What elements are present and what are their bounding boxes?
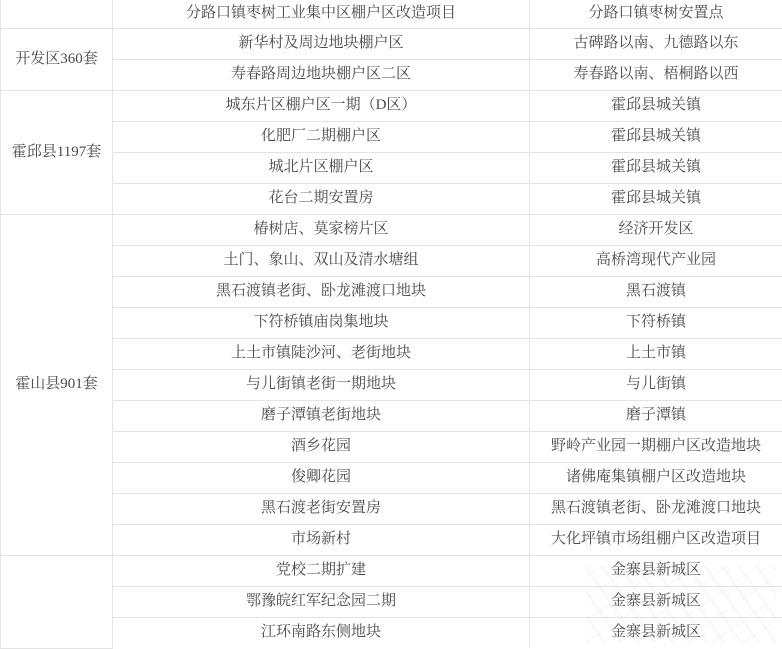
site-cell: 分路口镇枣树安置点: [530, 0, 782, 28]
table-row: 寿春路周边地块棚户区二区 寿春路以南、梧桐路以西: [1, 59, 782, 90]
table-row: 霍邱县1197套 城东片区棚户区一期（D区） 霍邱县城关镇: [1, 90, 782, 121]
table-row: 化肥厂二期棚户区 霍邱县城关镇: [1, 121, 782, 152]
project-cell: 党校二期扩建: [113, 555, 530, 586]
site-cell: 黑石渡镇老街、卧龙滩渡口地块: [530, 493, 782, 524]
project-cell: 分路口镇枣树工业集中区棚户区改造项目: [113, 0, 530, 28]
project-cell: 寿春路周边地块棚户区二区: [113, 59, 530, 90]
group-cell-cutoff-bottom: [1, 555, 113, 648]
project-cell: 与儿街镇老街一期地块: [113, 369, 530, 400]
group-cell-cutoff-top: [1, 0, 113, 28]
project-cell: 城东片区棚户区一期（D区）: [113, 90, 530, 121]
table-row: 下符桥镇庙岗集地块 下符桥镇: [1, 307, 782, 338]
table-row: 酒乡花园 野岭产业园一期棚户区改造地块: [1, 431, 782, 462]
project-cell: 黑石渡老街安置房: [113, 493, 530, 524]
group-cell-huoqiu: 霍邱县1197套: [1, 90, 113, 214]
table-row: 黑石渡镇老街、卧龙滩渡口地块 黑石渡镇: [1, 276, 782, 307]
project-cell: 鄂豫皖红军纪念园二期: [113, 586, 530, 617]
site-cell: 金寨县新城区: [530, 555, 782, 586]
table-row: 与儿街镇老街一期地块 与儿街镇: [1, 369, 782, 400]
project-cell: 化肥厂二期棚户区: [113, 121, 530, 152]
site-cell: 大化坪镇市场组棚户区改造项目: [530, 524, 782, 555]
table-row: 俊卿花园 诸佛庵集镇棚户区改造地块: [1, 462, 782, 493]
site-cell: 高桥湾现代产业园: [530, 245, 782, 276]
project-cell: 下符桥镇庙岗集地块: [113, 307, 530, 338]
table-row: 鄂豫皖红军纪念园二期 金寨县新城区: [1, 586, 782, 617]
table-row: 上土市镇陡沙河、老街地块 上土市镇: [1, 338, 782, 369]
site-cell: 诸佛庵集镇棚户区改造地块: [530, 462, 782, 493]
project-cell: 酒乡花园: [113, 431, 530, 462]
site-cell: 霍邱县城关镇: [530, 183, 782, 214]
site-cell: 霍邱县城关镇: [530, 121, 782, 152]
site-cell: 磨子潭镇: [530, 400, 782, 431]
project-cell: 江环南路东侧地块: [113, 617, 530, 648]
project-cell: 磨子潭镇老街地块: [113, 400, 530, 431]
site-cell: 金寨县新城区: [530, 586, 782, 617]
site-cell: 金寨县新城区: [530, 617, 782, 648]
resettlement-table-page: 分路口镇枣树工业集中区棚户区改造项目 分路口镇枣树安置点 开发区360套 新华村…: [0, 0, 782, 649]
project-cell: 黑石渡镇老街、卧龙滩渡口地块: [113, 276, 530, 307]
table-row: 城北片区棚户区 霍邱县城关镇: [1, 152, 782, 183]
table-row: 党校二期扩建 金寨县新城区: [1, 555, 782, 586]
site-cell: 寿春路以南、梧桐路以西: [530, 59, 782, 90]
table-row: 花台二期安置房 霍邱县城关镇: [1, 183, 782, 214]
table-row: 黑石渡老街安置房 黑石渡镇老街、卧龙滩渡口地块: [1, 493, 782, 524]
project-cell: 花台二期安置房: [113, 183, 530, 214]
project-cell: 城北片区棚户区: [113, 152, 530, 183]
group-cell-kaifaqu: 开发区360套: [1, 28, 113, 90]
table-row: 市场新村 大化坪镇市场组棚户区改造项目: [1, 524, 782, 555]
table-row: 土门、象山、双山及清水塘组 高桥湾现代产业园: [1, 245, 782, 276]
project-cell: 土门、象山、双山及清水塘组: [113, 245, 530, 276]
table-row: 霍山县901套 椿树店、莫家榜片区 经济开发区: [1, 214, 782, 245]
project-cell: 新华村及周边地块棚户区: [113, 28, 530, 59]
table-row: 磨子潭镇老街地块 磨子潭镇: [1, 400, 782, 431]
resettlement-projects-table: 分路口镇枣树工业集中区棚户区改造项目 分路口镇枣树安置点 开发区360套 新华村…: [0, 0, 782, 649]
site-cell: 下符桥镇: [530, 307, 782, 338]
table-row: 江环南路东侧地块 金寨县新城区: [1, 617, 782, 648]
site-cell: 古碑路以南、九德路以东: [530, 28, 782, 59]
site-cell: 霍邱县城关镇: [530, 90, 782, 121]
site-cell: 经济开发区: [530, 214, 782, 245]
project-cell: 俊卿花园: [113, 462, 530, 493]
site-cell: 野岭产业园一期棚户区改造地块: [530, 431, 782, 462]
site-cell: 上土市镇: [530, 338, 782, 369]
project-cell: 椿树店、莫家榜片区: [113, 214, 530, 245]
project-cell: 上土市镇陡沙河、老街地块: [113, 338, 530, 369]
site-cell: 霍邱县城关镇: [530, 152, 782, 183]
table-row: 分路口镇枣树工业集中区棚户区改造项目 分路口镇枣树安置点: [1, 0, 782, 28]
site-cell: 黑石渡镇: [530, 276, 782, 307]
site-cell: 与儿街镇: [530, 369, 782, 400]
project-cell: 市场新村: [113, 524, 530, 555]
group-cell-huoshan: 霍山县901套: [1, 214, 113, 555]
table-row: 开发区360套 新华村及周边地块棚户区 古碑路以南、九德路以东: [1, 28, 782, 59]
